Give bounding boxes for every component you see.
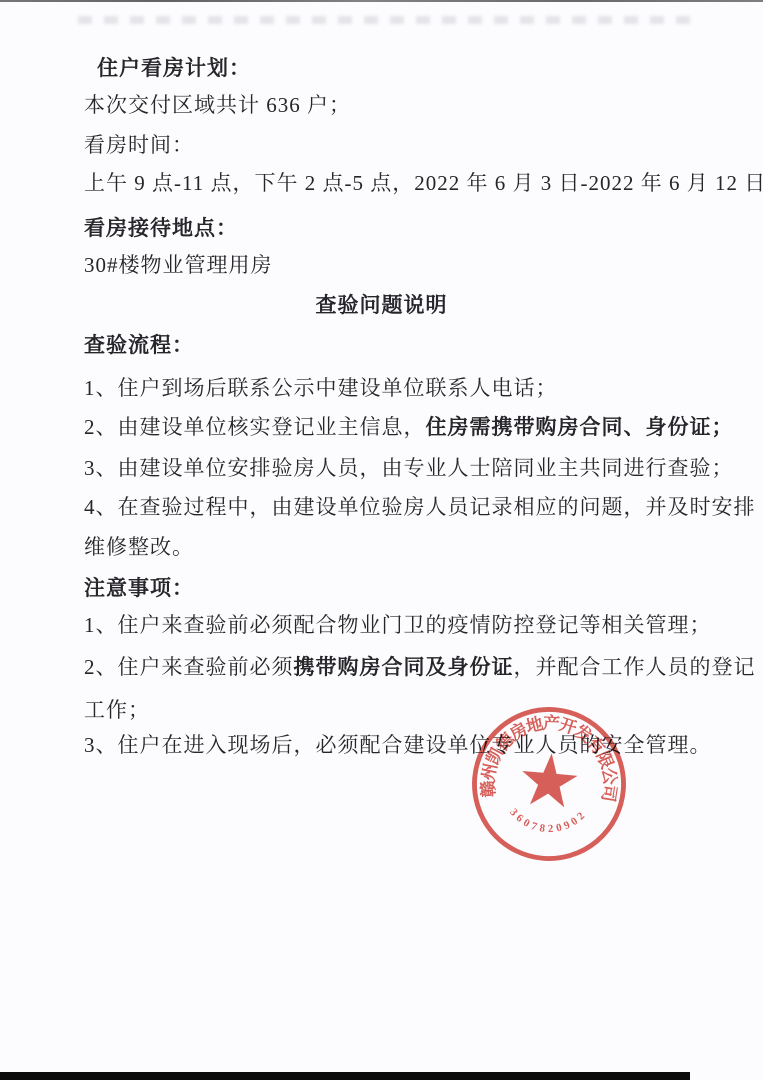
- process-item-2-emphasis: 住房需携带购房合同、身份证；: [426, 415, 734, 439]
- plan-total-units: 本次交付区域共计 636 户；: [84, 92, 351, 119]
- plan-time-value: 上午 9 点-11 点，下午 2 点-5 点，2022 年 6 月 3 日-20…: [84, 170, 763, 197]
- scanned-document-page: 住户看房计划： 本次交付区域共计 636 户； 看房时间： 上午 9 点-11 …: [0, 0, 763, 1080]
- process-item-4-wrap: 维修整改。: [84, 534, 194, 561]
- scan-top-edge-artifact: [0, 0, 763, 2]
- note-item-2-wrap: 工作；: [84, 697, 150, 724]
- process-item-2-normal: 2、由建设单位核实登记业主信息，: [84, 415, 426, 439]
- notes-heading: 注意事项：: [84, 575, 194, 602]
- process-item-4: 4、在查验过程中，由建设单位验房人员记录相应的问题，并及时安排: [84, 494, 756, 521]
- note-item-2: 2、住户来查验前必须携带购房合同及身份证，并配合工作人员的登记: [84, 654, 756, 681]
- plan-location-label: 看房接待地点：: [84, 215, 238, 242]
- plan-time-label: 看房时间：: [84, 132, 194, 159]
- plan-location-value: 30#楼物业管理用房: [84, 252, 273, 279]
- process-item-2: 2、由建设单位核实登记业主信息，住房需携带购房合同、身份证；: [84, 414, 734, 441]
- process-item-3: 3、由建设单位安排验房人员，由专业人士陪同业主共同进行查验；: [84, 455, 734, 482]
- note-item-2-emphasis: 携带购房合同及身份证: [294, 655, 514, 679]
- star-icon: [519, 751, 579, 808]
- process-heading: 查验流程：: [84, 332, 194, 359]
- note-item-1: 1、住户来查验前必须配合物业门卫的疫情防控登记等相关管理；: [84, 612, 712, 639]
- plan-heading: 住户看房计划：: [97, 55, 251, 82]
- note-item-2-normal: 2、住户来查验前必须: [84, 655, 294, 679]
- scan-bottom-edge-artifact: [0, 1072, 690, 1080]
- section-title: 查验问题说明: [0, 292, 763, 319]
- note-item-2-tail: ，并配合工作人员的登记: [514, 655, 756, 679]
- process-item-1: 1、住户到场后联系公示中建设单位联系人电话；: [84, 375, 558, 402]
- company-seal-stamp: 赣州凯德房地产开发有限公司 3607820902403: [461, 694, 637, 873]
- scan-bleedthrough-artifact: [78, 16, 698, 24]
